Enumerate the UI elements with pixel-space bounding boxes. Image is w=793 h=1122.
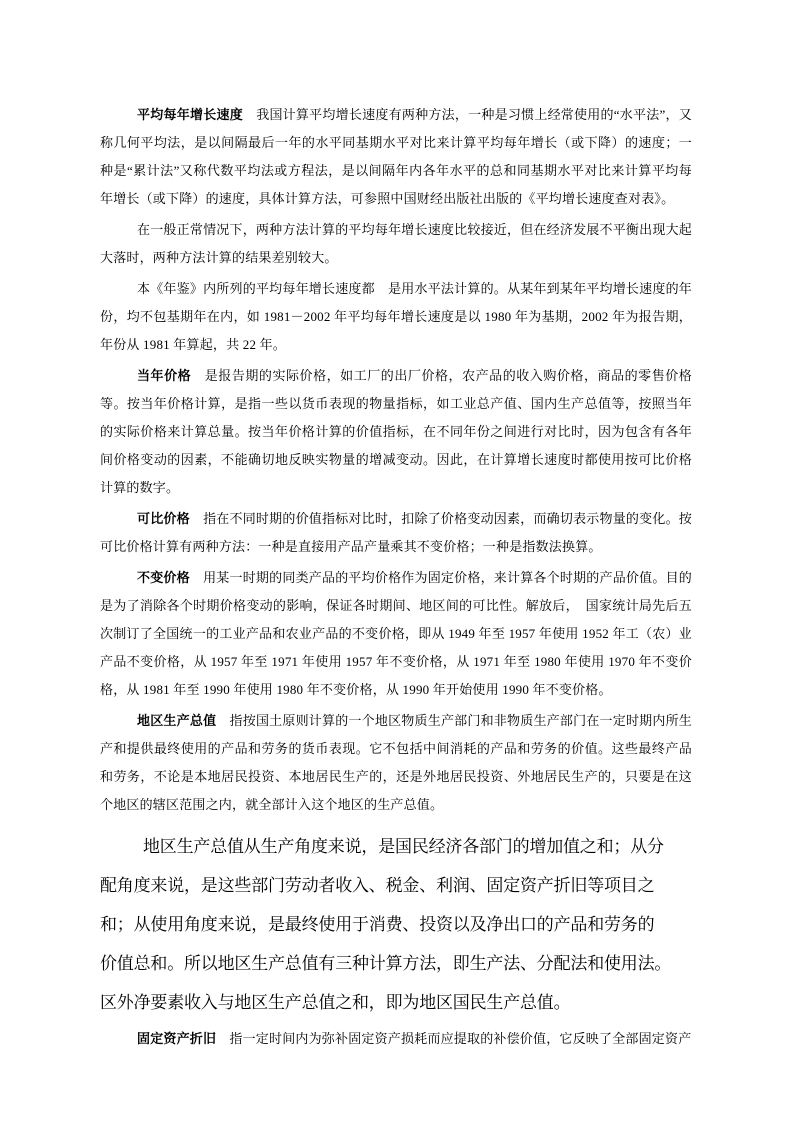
paragraph-current-year-prices: 当年价格 是报告期的实际价格，如工厂的出厂价格，农产品的收入购价格，商品的零售价… (100, 362, 692, 502)
paragraph-avg-annual-growth-rate: 平均每年增长速度 我国计算平均增长速度有两种方法，一种是习惯上经常使用的“水平法… (100, 101, 692, 213)
paragraph-fixed-asset-depreciation: 固定资产折旧 指一定时间内为弥补固定资产损耗而应提取的补偿价值，它反映了全部固定… (100, 1025, 692, 1053)
paragraph-gdp-three-approaches: 地区生产总值从生产角度来说，是国民经济各部门的增加值之和；从分 配角度来说，是这… (100, 827, 692, 1022)
term-constant-prices: 不变价格 (137, 570, 190, 585)
paragraph-text: 本《年鉴》内所列的平均每年增长速度都 是用水平法计算的。从某年到某年平均增长速度… (100, 281, 692, 352)
definition-text: 指一定时间内为弥补固定资产损耗而应提取的补偿价值，它反映了全部固定资产 (216, 1031, 691, 1046)
paragraph-comparable-prices: 可比价格 指在不同时期的价值指标对比时，扣除了价格变动因素，而确切表示物量的变化… (100, 505, 692, 561)
gdp-line: 地区生产总值从生产角度来说，是国民经济各部门的增加值之和；从分 (100, 827, 692, 866)
paragraph-text: 在一般正常情况下，两种方法计算的平均每年增长速度比较接近，但在经济发展不平衡出现… (100, 222, 692, 265)
gdp-line: 配角度来说，是这些部门劳动者收入、税金、利润、固定资产折旧等项目之 (100, 866, 692, 905)
definition-text: 是报告期的实际价格，如工厂的出厂价格，农产品的收入购价格，商品的零售价格等。按当… (100, 368, 692, 495)
paragraph-constant-prices: 不变价格 用某一时期的同类产品的平均价格作为固定价格，来计算各个时期的产品价值。… (100, 564, 692, 704)
paragraph-regional-gdp: 地区生产总值 指按国土原则计算的一个地区物质生产部门和非物质生产部门在一定时期内… (100, 707, 692, 819)
term-current-year-prices: 当年价格 (137, 368, 191, 383)
term-avg-annual-growth-rate: 平均每年增长速度 (137, 107, 243, 122)
gdp-line: 区外净要素收入与地区生产总值之和，即为地区国民生产总值。 (100, 983, 692, 1022)
document-page: 平均每年增长速度 我国计算平均增长速度有两种方法，一种是习惯上经常使用的“水平法… (0, 0, 793, 1122)
term-comparable-prices: 可比价格 (137, 511, 190, 526)
term-regional-gdp: 地区生产总值 (137, 713, 216, 728)
gdp-line: 价值总和。所以地区生产总值有三种计算方法，即生产法、分配法和使用法。 (100, 944, 692, 983)
definition-text: 用某一时期的同类产品的平均价格作为固定价格，来计算各个时期的产品价值。目的是为了… (100, 570, 692, 697)
term-fixed-asset-depreciation: 固定资产折旧 (137, 1031, 216, 1046)
paragraph-yearbook-note: 本《年鉴》内所列的平均每年增长速度都 是用水平法计算的。从某年到某年平均增长速度… (100, 275, 692, 359)
paragraph-methods-comparison: 在一般正常情况下，两种方法计算的平均每年增长速度比较接近，但在经济发展不平衡出现… (100, 216, 692, 272)
gdp-line: 和；从使用角度来说，是最终使用于消费、投资以及净出口的产品和劳务的 (100, 905, 692, 944)
